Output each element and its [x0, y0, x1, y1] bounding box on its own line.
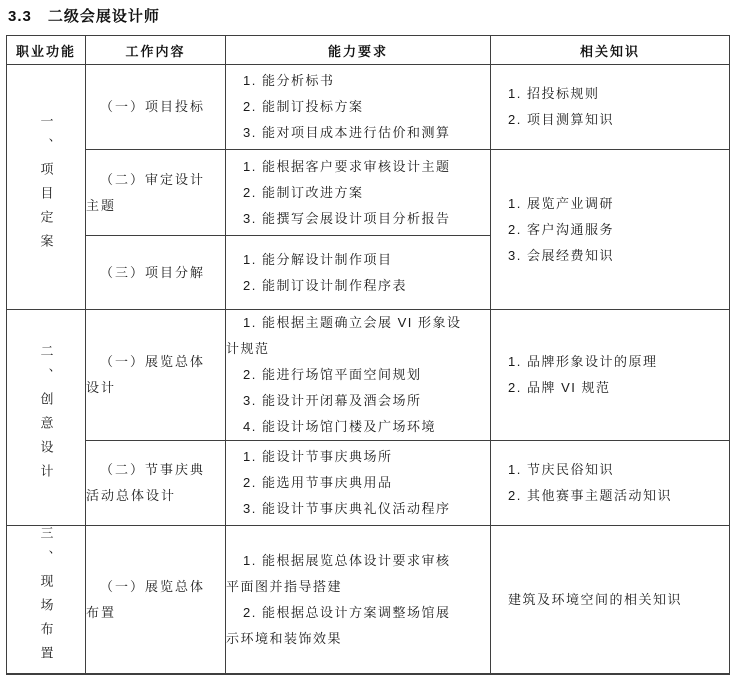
ability-item: 2. 能制订改进方案 — [226, 180, 490, 206]
ability-item: 1. 能分析标书 — [226, 68, 490, 94]
ability-item: 1. 能根据客户要求审核设计主题 — [226, 154, 490, 180]
ability-cell: 1. 能根据主题确立会展 VI 形象设 计规范 2. 能进行场馆平面空间规划 3… — [226, 310, 491, 441]
ability-item: 2. 能制订投标方案 — [226, 94, 490, 120]
ability-cell: 1. 能根据展览总体设计要求审核 平面图并指导搭建 2. 能根据总设计方案调整场… — [226, 526, 491, 675]
knowledge-item: 建筑及环境空间的相关知识 — [491, 587, 729, 613]
ability-item: 2. 能进行场馆平面空间规划 — [226, 362, 490, 388]
ability-item: 1. 能分解设计制作项目 — [226, 247, 490, 273]
knowledge-cell: 1. 节庆民俗知识 2. 其他赛事主题活动知识 — [491, 441, 730, 526]
ability-item: 3. 能对项目成本进行估价和测算 — [226, 120, 490, 146]
ability-item: 3. 能设计节事庆典礼仪活动程序 — [226, 496, 490, 522]
ability-item: 4. 能设计场馆门楼及广场环境 — [226, 414, 490, 440]
function-label: 二、创意设计 — [40, 344, 53, 488]
knowledge-item: 1. 展览产业调研 — [491, 191, 729, 217]
table-row: （二）节事庆典 活动总体设计 1. 能设计节事庆典场所 2. 能选用节事庆典用品… — [7, 441, 730, 526]
knowledge-cell: 建筑及环境空间的相关知识 — [491, 526, 730, 675]
content-cell-overall-exhibition-design: （一）展览总体 设计 — [86, 310, 226, 441]
header-ability-requirements: 能力要求 — [226, 36, 491, 65]
function-cell-on-site-arrangement: 三、现场布置 — [7, 526, 86, 675]
knowledge-item: 1. 节庆民俗知识 — [491, 457, 729, 483]
ability-item: 2. 能制订设计制作程序表 — [226, 273, 490, 299]
function-cell-project-finalization: 一、项目定案 — [7, 65, 86, 310]
work-content-label: （一）项目投标 — [86, 94, 225, 120]
table-row: 一、项目定案 （一）项目投标 1. 能分析标书 2. 能制订投标方案 3. 能对… — [7, 65, 730, 150]
ability-cell: 1. 能分析标书 2. 能制订投标方案 3. 能对项目成本进行估价和测算 — [226, 65, 491, 150]
header-occupational-function: 职业功能 — [7, 36, 86, 65]
function-label: 三、现场布置 — [40, 526, 53, 670]
table-row: 二、创意设计 （一）展览总体 设计 1. 能根据主题确立会展 VI 形象设 计规… — [7, 310, 730, 441]
ability-item: 2. 能选用节事庆典用品 — [226, 470, 490, 496]
content-cell-festival-celebration-design: （二）节事庆典 活动总体设计 — [86, 441, 226, 526]
knowledge-item: 1. 招投标规则 — [491, 81, 729, 107]
knowledge-item: 2. 项目测算知识 — [491, 107, 729, 133]
header-work-content: 工作内容 — [86, 36, 226, 65]
ability-item: 1. 能根据展览总体设计要求审核 平面图并指导搭建 — [226, 548, 490, 600]
ability-cell: 1. 能分解设计制作项目 2. 能制订设计制作程序表 — [226, 236, 491, 310]
knowledge-item: 2. 品牌 VI 规范 — [491, 375, 729, 401]
ability-item: 3. 能设计开闭幕及酒会场所 — [226, 388, 490, 414]
content-cell-review-design-theme: （二）审定设计 主题 — [86, 150, 226, 236]
work-content-label: （二）审定设计 主题 — [86, 167, 225, 219]
knowledge-item: 3. 会展经费知识 — [491, 243, 729, 269]
knowledge-cell: 1. 招投标规则 2. 项目测算知识 — [491, 65, 730, 150]
knowledge-cell-merged: 1. 展览产业调研 2. 客户沟通服务 3. 会展经费知识 — [491, 150, 730, 310]
ability-item: 3. 能撰写会展设计项目分析报告 — [226, 206, 490, 232]
knowledge-item: 2. 客户沟通服务 — [491, 217, 729, 243]
header-row: 职业功能 工作内容 能力要求 相关知识 — [7, 36, 730, 65]
work-content-label: （一）展览总体 布置 — [86, 574, 225, 626]
ability-cell: 1. 能设计节事庆典场所 2. 能选用节事庆典用品 3. 能设计节事庆典礼仪活动… — [226, 441, 491, 526]
header-related-knowledge: 相关知识 — [491, 36, 730, 65]
function-label: 一、项目定案 — [40, 114, 53, 258]
document-page: 3.3 二级会展设计师 职业功能 工作内容 能力要求 相关知识 一、项目定案 （… — [0, 0, 736, 650]
work-content-label: （三）项目分解 — [86, 260, 225, 286]
qualification-table: 职业功能 工作内容 能力要求 相关知识 一、项目定案 （一）项目投标 1. 能分… — [6, 35, 730, 675]
content-cell-project-decomposition: （三）项目分解 — [86, 236, 226, 310]
knowledge-item: 2. 其他赛事主题活动知识 — [491, 483, 729, 509]
section-title: 3.3 二级会展设计师 — [8, 5, 730, 26]
ability-item: 1. 能设计节事庆典场所 — [226, 444, 490, 470]
table-row: （二）审定设计 主题 1. 能根据客户要求审核设计主题 2. 能制订改进方案 3… — [7, 150, 730, 236]
content-cell-project-bidding: （一）项目投标 — [86, 65, 226, 150]
ability-item: 1. 能根据主题确立会展 VI 形象设 计规范 — [226, 310, 490, 362]
work-content-label: （一）展览总体 设计 — [86, 349, 225, 401]
work-content-label: （二）节事庆典 活动总体设计 — [86, 457, 225, 509]
knowledge-item: 1. 品牌形象设计的原理 — [491, 349, 729, 375]
table-row: 三、现场布置 （一）展览总体 布置 1. 能根据展览总体设计要求审核 平面图并指… — [7, 526, 730, 675]
knowledge-cell: 1. 品牌形象设计的原理 2. 品牌 VI 规范 — [491, 310, 730, 441]
ability-item: 2. 能根据总设计方案调整场馆展 示环境和装饰效果 — [226, 600, 490, 652]
content-cell-overall-exhibition-layout: （一）展览总体 布置 — [86, 526, 226, 675]
function-cell-creative-design: 二、创意设计 — [7, 310, 86, 526]
ability-cell: 1. 能根据客户要求审核设计主题 2. 能制订改进方案 3. 能撰写会展设计项目… — [226, 150, 491, 236]
